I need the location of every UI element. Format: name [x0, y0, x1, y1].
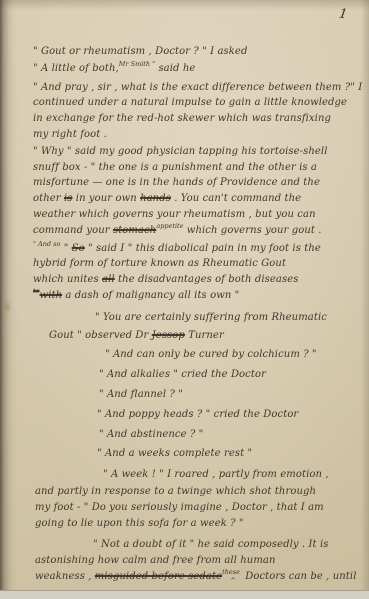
inserted-text: these^ [222, 568, 240, 576]
handwritten-text: the disadvantages of both diseases [115, 274, 299, 285]
manuscript-line: " And so " So " said I " this diabolical… [33, 241, 365, 257]
inserted-text: appetite [156, 222, 183, 230]
handwritten-text: my right foot . [33, 129, 107, 140]
paper-bottom-edge [0, 590, 369, 599]
handwritten-text: misfortune — one is in the hands of Prov… [33, 177, 320, 188]
handwritten-text: " A little of both, [33, 63, 119, 74]
struck-text: hands [140, 193, 171, 204]
manuscript-line: command your stomachappetite which gover… [33, 223, 365, 239]
manuscript-line: " And alkalies " cried the Doctor [99, 367, 365, 383]
paper-stain [2, 300, 12, 314]
manuscript-line: snuff box - " the one is a punishment an… [33, 160, 365, 176]
manuscript-line: " And abstinence ? " [99, 427, 365, 443]
manuscript-line: " Gout or rheumatism , Doctor ? " I aske… [33, 44, 365, 60]
manuscript-line: astonishing how calm and free from all h… [35, 553, 365, 569]
manuscript-line: " And poppy heads ? " cried the Doctor [97, 407, 365, 423]
handwritten-text: in exchange for the red-hot skewer which… [33, 113, 331, 124]
insertion-caret: ^ [230, 578, 236, 584]
handwritten-text: Turner [185, 330, 224, 341]
handwritten-text: " Not a doubt of it " he said composedly… [93, 539, 328, 550]
manuscript-line: hybrid form of torture known as Rheumati… [33, 256, 365, 272]
handwritten-text: " And flannel ? " [99, 389, 183, 400]
manuscript-line: " And pray , sir , what is the exact dif… [33, 80, 365, 96]
handwritten-text: " Why " said my good physician tapping h… [33, 146, 328, 157]
inserted-text: " And so [33, 240, 60, 248]
handwritten-text: " said I " this diabolical pain in my fo… [85, 243, 321, 254]
handwritten-text: continued under a natural impulse to gai… [33, 97, 347, 108]
inserted-text: Mr Smith " [119, 60, 155, 68]
handwritten-text: going to lie upon this sofa for a week ?… [35, 518, 244, 529]
handwritten-text: which unites [33, 274, 102, 285]
manuscript-line: Gout " observed Dr Jessop Turner [49, 328, 365, 344]
handwritten-text: " And a weeks complete rest " [97, 448, 252, 459]
paper-left-edge [0, 0, 18, 599]
handwritten-text: a dash of malignancy all its own " [62, 290, 239, 301]
handwritten-text: astonishing how calm and free from all h… [35, 555, 276, 566]
manuscript-line: which unites all the disadvantages of bo… [33, 272, 365, 288]
manuscript-line: " Why " said my good physician tapping h… [33, 144, 365, 160]
manuscript-line: misfortune — one is in the hands of Prov… [33, 175, 365, 191]
manuscript-line: and partly in response to a twinge which… [35, 484, 365, 500]
paper-top-edge [0, 0, 369, 10]
struck-text: with [40, 290, 63, 301]
manuscript-paper: 1 " Gout or rheumatism , Doctor ? " I as… [0, 0, 369, 599]
struck-text: misguided before sedate [95, 571, 222, 582]
manuscript-line: " And can only be cured by colchicum ? " [105, 347, 365, 363]
handwritten-text: " A week ! " I roared , partly from emot… [103, 469, 329, 480]
struck-text: all [102, 274, 115, 285]
manuscript-line: other is in your own hands . You can't c… [33, 191, 365, 207]
manuscript-line: " You are certainly suffering from Rheum… [95, 310, 365, 326]
handwritten-text: weather which governs your rheumatism , … [33, 209, 316, 220]
manuscript-line: " And a weeks complete rest " [97, 446, 365, 462]
manuscript-line: weather which governs your rheumatism , … [33, 207, 365, 223]
manuscript-line: my foot - " Do you seriously imagine , D… [35, 500, 365, 516]
handwritten-text: . You can't command the [171, 193, 301, 204]
manuscript-line: " A week ! " I roared , partly from emot… [103, 467, 365, 483]
struck-text: stomach [113, 225, 156, 236]
manuscript-lines: " Gout or rheumatism , Doctor ? " I aske… [33, 44, 365, 585]
handwritten-text: snuff box - " the one is a punishment an… [33, 162, 317, 173]
handwritten-text: in your own [73, 193, 141, 204]
handwritten-text: hybrid form of torture known as Rheumati… [33, 258, 286, 269]
manuscript-line: " And flannel ? " [99, 387, 365, 403]
manuscript-line: weakness , misguided before sedatethese^… [35, 569, 365, 585]
handwritten-text: " Gout or rheumatism , Doctor ? " I aske… [33, 46, 247, 57]
handwritten-text: and partly in response to a twinge which… [35, 486, 316, 497]
struck-text: Jessop [152, 330, 185, 341]
manuscript-line: towith a dash of malignancy all its own … [33, 288, 365, 304]
handwritten-text: " [60, 243, 71, 254]
manuscript-line: " Not a doubt of it " he said composedly… [93, 537, 365, 553]
handwritten-text: which governs your gout . [184, 225, 322, 236]
handwritten-text: other [33, 193, 64, 204]
handwritten-text: " You are certainly suffering from Rheum… [95, 312, 327, 323]
handwritten-text: " And poppy heads ? " cried the Doctor [97, 409, 298, 420]
handwritten-text: " And alkalies " cried the Doctor [99, 369, 266, 380]
struck-text: is [64, 193, 73, 204]
handwritten-text: Doctors can be , until [242, 571, 357, 582]
handwritten-text: said he [155, 63, 195, 74]
handwritten-text: my foot - " Do you seriously imagine , D… [35, 502, 324, 513]
struck-text: So [72, 243, 85, 254]
manuscript-line: going to lie upon this sofa for a week ?… [35, 516, 365, 532]
handwritten-text: " And abstinence ? " [99, 429, 203, 440]
handwritten-text: " And pray , sir , what is the exact dif… [33, 82, 362, 93]
handwritten-text: weakness , [35, 571, 95, 582]
handwritten-text: command your [33, 225, 113, 236]
manuscript-line: continued under a natural impulse to gai… [33, 95, 365, 111]
manuscript-line: my right foot . [33, 127, 365, 143]
handwritten-text: " And can only be cured by colchicum ? " [105, 349, 317, 360]
manuscript-line: " A little of both,Mr Smith " said he [33, 61, 365, 77]
handwritten-text: Gout " observed Dr [49, 330, 152, 341]
manuscript-line: in exchange for the red-hot skewer which… [33, 111, 365, 127]
page-number: 1 [338, 6, 348, 22]
